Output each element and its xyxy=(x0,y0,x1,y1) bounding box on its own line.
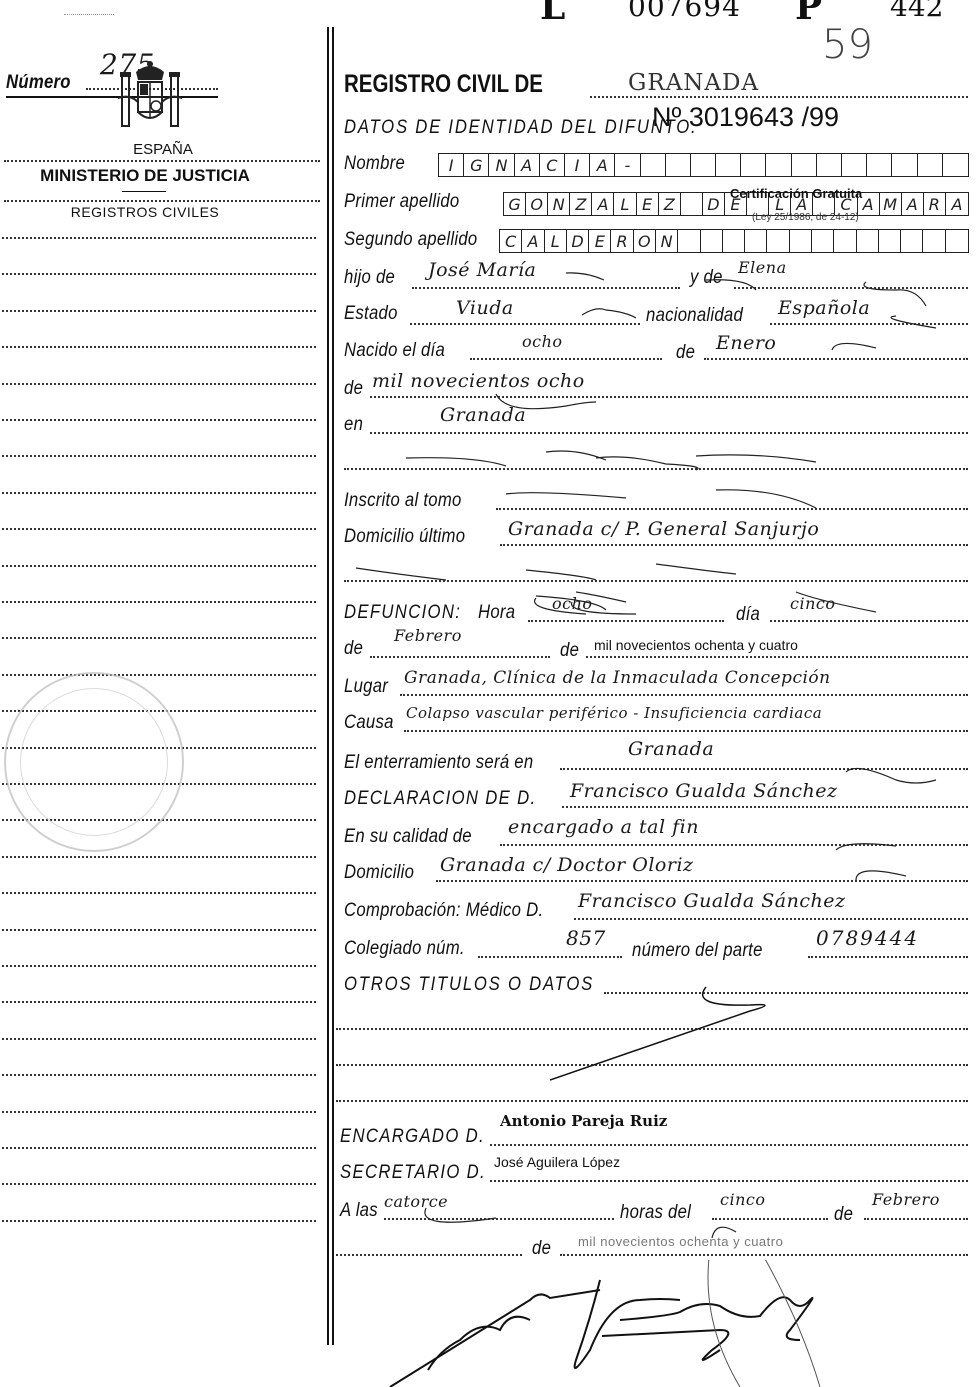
left-ruled-line xyxy=(2,929,316,931)
registry-city-line xyxy=(590,96,968,98)
left-ruled-line xyxy=(2,1147,316,1149)
book-number: 007694 xyxy=(628,0,741,23)
column-divider-right xyxy=(332,27,334,1345)
top-faint-mark xyxy=(64,4,114,15)
ministry-rule xyxy=(122,191,166,192)
registry-title: REGISTRO CIVIL DE xyxy=(344,70,543,99)
left-ruled-line xyxy=(2,674,316,676)
section-title: DATOS DE IDENTIDAD DEL DIFUNTO. xyxy=(344,117,697,139)
column-divider-left xyxy=(327,27,329,1345)
coat-of-arms-icon xyxy=(110,58,190,138)
left-ruled-line xyxy=(2,892,316,894)
page-number: 442 xyxy=(890,0,943,23)
document-number: Nº 3019643 /99 xyxy=(652,102,839,133)
left-ruled-line xyxy=(2,1074,316,1076)
country-label: ESPAÑA xyxy=(0,141,326,158)
book-label: L xyxy=(540,0,565,28)
left-ruled-line xyxy=(2,637,316,639)
left-ruled-line xyxy=(2,965,316,967)
left-ruled-line xyxy=(2,1220,316,1222)
left-ruled-line xyxy=(2,856,316,858)
left-ruled-line xyxy=(2,1038,316,1040)
left-ruled-line xyxy=(2,346,316,348)
left-rule-2 xyxy=(4,200,320,202)
left-ruled-line xyxy=(2,528,316,530)
left-ruled-line xyxy=(2,1111,316,1113)
left-ruled-line xyxy=(2,237,316,239)
page-label: P xyxy=(795,0,822,28)
official-seal-stamp-icon xyxy=(4,672,184,852)
left-ruled-line xyxy=(2,601,316,603)
signature-registrar xyxy=(380,1260,880,1387)
left-ruled-line xyxy=(2,419,316,421)
left-ruled-line xyxy=(2,492,316,494)
handwritten-folio: 59 xyxy=(822,22,873,68)
left-ruled-line xyxy=(2,310,316,312)
left-ruled-line xyxy=(2,455,316,457)
left-ruled-line xyxy=(2,383,316,385)
left-ruled-line xyxy=(2,1183,316,1185)
left-ruled-line xyxy=(2,273,316,275)
registry-city: GRANADA xyxy=(628,70,759,96)
numero-label: Número xyxy=(6,72,71,94)
left-ruled-line xyxy=(2,1001,316,1003)
ministry-label: MINISTERIO DE JUSTICIA xyxy=(0,166,290,186)
left-rule-1 xyxy=(4,160,320,162)
handwritten-strokes xyxy=(336,140,976,1270)
department-label: REGISTROS CIVILES xyxy=(0,204,290,220)
left-ruled-line xyxy=(2,565,316,567)
